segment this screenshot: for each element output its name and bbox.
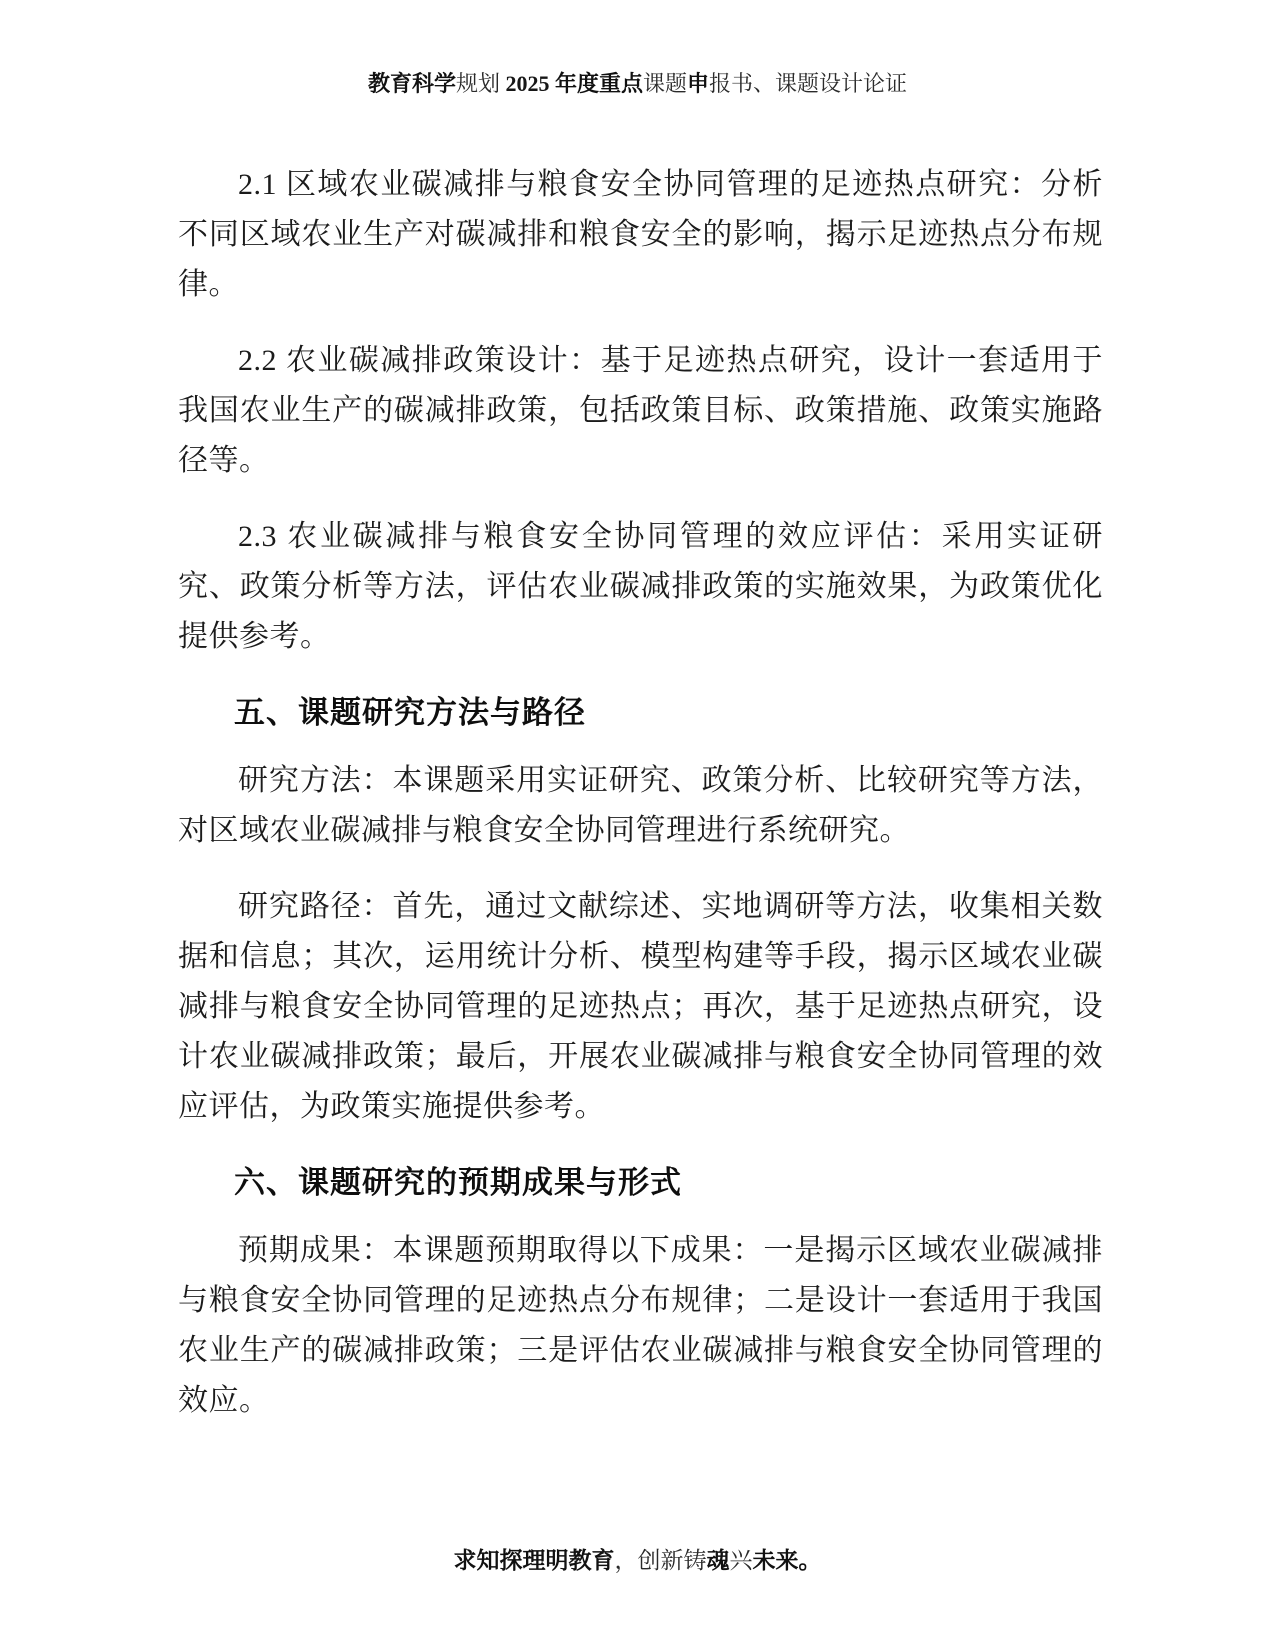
body-paragraph-route: 研究路径：首先，通过文献综述、实地调研等方法，收集相关数据和信息；其次，运用统计…: [178, 882, 1103, 1132]
body-paragraph-results: 预期成果：本课题预期取得以下成果：一是揭示区域农业碳减排与粮食安全协同管理的足迹…: [178, 1226, 1103, 1426]
footer-segment: ，创新铸: [615, 1548, 707, 1573]
footer-segment: 求知探理明教育: [454, 1547, 615, 1573]
header-segment: 申: [687, 71, 709, 96]
header-segment: 规划: [456, 71, 500, 96]
header-segment: 2025: [500, 71, 555, 96]
body-paragraph-method: 研究方法：本课题采用实证研究、政策分析、比较研究等方法，对区域农业碳减排与粮食安…: [178, 756, 1103, 856]
document-body: 2.1 区域农业碳减排与粮食安全协同管理的足迹热点研究：分析不同区域农业生产对碳…: [178, 160, 1103, 1452]
section-heading-6: 六、课题研究的预期成果与形式: [178, 1158, 1103, 1208]
footer-segment: 兴: [730, 1548, 753, 1573]
section-heading-5: 五、课题研究方法与路径: [178, 688, 1103, 738]
footer-segment: 魂: [707, 1547, 730, 1573]
footer-segment: 未来。: [753, 1547, 822, 1573]
body-paragraph-2-2: 2.2 农业碳减排政策设计：基于足迹热点研究，设计一套适用于我国农业生产的碳减排…: [178, 336, 1103, 486]
page-footer: 求知探理明教育，创新铸魂兴未来。: [0, 1545, 1275, 1576]
body-paragraph-2-3: 2.3 农业碳减排与粮食安全协同管理的效应评估：采用实证研究、政策分析等方法，评…: [178, 512, 1103, 662]
document-page: 教育科学规划 2025 年度重点课题申报书、课题设计论证 2.1 区域农业碳减排…: [0, 0, 1275, 1650]
header-segment: 教育科学: [368, 71, 456, 96]
body-paragraph-2-1: 2.1 区域农业碳减排与粮食安全协同管理的足迹热点研究：分析不同区域农业生产对碳…: [178, 160, 1103, 310]
header-segment: 课题: [643, 71, 687, 96]
header-segment: 报书、课题设计论证: [709, 71, 907, 96]
header-segment: 年度重点: [555, 71, 643, 96]
page-header: 教育科学规划 2025 年度重点课题申报书、课题设计论证: [0, 71, 1275, 97]
